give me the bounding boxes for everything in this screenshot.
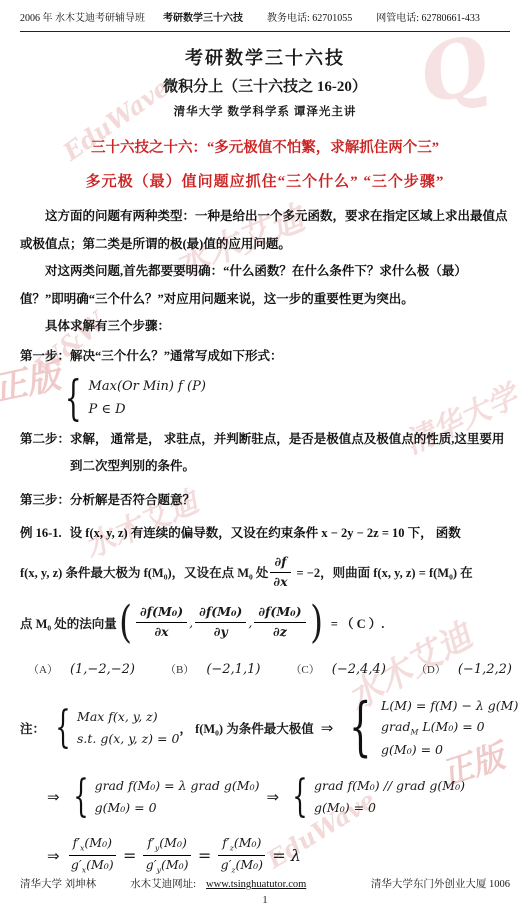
example-line2-post: = −2，则曲面 f(x, y, z) = f(M₀) 在 xyxy=(297,563,473,581)
constraint-line: g(M₀) = 0 xyxy=(95,797,260,819)
grad-equals-line: grad f(M₀) = λ grad g(M₀) xyxy=(95,775,260,797)
step1-formula: { Max(Or Min) f (P) P ∈ D xyxy=(58,376,530,422)
left-brace: { xyxy=(65,377,82,420)
page-subtitle: 微积分上（三十六技之 16-20） xyxy=(0,75,530,96)
footer-address: 清华大学东门外创业大厦 1006 xyxy=(371,876,510,891)
fraction-numerator: ∂f xyxy=(270,554,290,573)
fraction-denominator: g′z(M₀) xyxy=(221,856,264,876)
implies-arrow: ⇒ xyxy=(321,719,334,737)
gradient-fraction-z: ∂f(M₀) ∂z xyxy=(254,604,305,641)
right-paren: ) xyxy=(310,601,323,645)
example-line1-text: 设 f(x, y, z) 有连续的偏导数，又设在约束条件 x − 2y − 2z… xyxy=(70,526,461,540)
option-c: （C） (−2,4,4) xyxy=(290,661,385,677)
max-objective: Max f(x, y, z) xyxy=(77,706,179,728)
paragraph-three-whats: 对这两类问题,首先都要要明确：“什么函数？在什么条件下？求什么极（最）值？”即明… xyxy=(20,258,510,313)
lambda-gradient-system: { grad f(M₀) = λ grad g(M₀) g(M₀) = 0 xyxy=(67,775,260,819)
page-footer: 清华大学 刘坤林 水木艾迪网址: www.tsinghuatutor.com 清… xyxy=(20,876,510,891)
step3-label: 第三步： xyxy=(20,493,70,507)
ratio-fraction-x: f′x(M₀) g′x(M₀) xyxy=(69,835,116,876)
lagrange-system: { L(M) = f(M) − λ g(M) gradM L(M₀) = 0 g… xyxy=(340,695,518,762)
fraction-numerator: ∂f(M₀) xyxy=(195,604,246,623)
step2-line: 第二步：求解， 通常是， 求驻点，并判断驻点，是否是极值点及极值点的性质,这里要… xyxy=(20,426,510,481)
constraint-line: g(M₀) = 0 xyxy=(314,797,465,819)
equals-sign: = xyxy=(123,846,136,865)
left-brace: { xyxy=(73,777,88,817)
grad-parallel-line: grad f(M₀) // grad g(M₀) xyxy=(314,775,465,797)
fraction-numerator: ∂f(M₀) xyxy=(136,604,187,623)
grad-word: grad xyxy=(381,719,410,734)
footer-site-label: 水木艾迪网址: xyxy=(130,876,196,891)
option-label: （C） xyxy=(290,661,319,677)
step1-line: 第一步：解决“三个什么？”通常写成如下形式： xyxy=(20,343,510,371)
partial-fraction: ∂f ∂x xyxy=(270,554,290,591)
page-header: 2006 年 水木艾迪考研辅导班 考研数学三十六技 教务电话: 62701055… xyxy=(0,0,530,24)
option-value: (−2,1,1) xyxy=(206,662,260,677)
header-phone-network: 网管电话: 62780661-433 xyxy=(376,9,480,24)
fraction-denominator: ∂z xyxy=(273,623,287,641)
formula-max-line: Max(Or Min) f (P) xyxy=(89,376,206,399)
fraction-numerator: f′x(M₀) xyxy=(69,835,116,856)
implies-arrow: ⇒ xyxy=(266,788,279,806)
step3-line: 第三步：分析解是否符合题意？ xyxy=(20,487,510,515)
option-a: （A） (1,−2,−2) xyxy=(28,661,135,677)
left-paren: ( xyxy=(119,601,132,645)
gradient-condition-line: gradM L(M₀) = 0 xyxy=(381,716,518,739)
option-d: （D） (−1,2,2) xyxy=(416,661,512,677)
note-row-3: ⇒ f′x(M₀) g′x(M₀) = f′y(M₀) g′y(M₀) = f′… xyxy=(40,835,530,876)
equals-sign: = xyxy=(198,846,211,865)
ratio-fraction-z: f′z(M₀) g′z(M₀) xyxy=(218,835,265,876)
step3-text: 分析解是否符合题意？ xyxy=(70,493,195,507)
option-value: (1,−2,−2) xyxy=(70,662,135,677)
option-value: (−1,2,2) xyxy=(458,662,512,677)
subject-to: s.t. g(x, y, z) = 0 xyxy=(77,728,179,750)
example-line3: 点 M₀ 处的法向量 ( ∂f(M₀) ∂x , ∂f(M₀) ∂y , ∂f(… xyxy=(20,601,530,645)
page-title: 考研数学三十六技 xyxy=(0,44,530,70)
fraction-denominator: g′x(M₀) xyxy=(71,856,114,876)
slogan-line-1: 三十六技之十六：“多元极值不怕繁，求解抓住两个三” xyxy=(0,136,530,157)
option-value: (−2,4,4) xyxy=(332,662,386,677)
step1-text: 解决“三个什么？”通常写成如下形式： xyxy=(70,349,283,363)
header-course-year: 2006 年 水木艾迪考研辅导班 xyxy=(20,9,145,24)
example-line2-pre: f(x, y, z) 条件最大极为 f(M₀)，又设在点 M₀ 处 xyxy=(20,563,268,581)
gradient-fraction-x: ∂f(M₀) ∂x xyxy=(136,604,187,641)
option-label: （D） xyxy=(416,661,446,677)
left-brace: { xyxy=(55,708,70,748)
document-page: EduWave 水木艾迪 Q W&W 清华大学 正版 水木艾迪 EduWave … xyxy=(0,0,530,908)
fraction-numerator: f′y(M₀) xyxy=(143,835,190,856)
left-brace: { xyxy=(292,777,307,817)
example-label: 例 16-1. xyxy=(20,526,62,540)
step2-text: 求解， 通常是， 求驻点，并判断驻点，是否是极值点及极值点的性质,这里要用到二次… xyxy=(70,432,504,474)
example-line3-pre: 点 M₀ 处的法向量 xyxy=(20,614,117,632)
fraction-numerator: ∂f(M₀) xyxy=(254,604,305,623)
fraction-denominator: g′y(M₀) xyxy=(146,856,189,876)
fraction-denominator: ∂x xyxy=(273,573,287,591)
brace-group: { Max(Or Min) f (P) P ∈ D xyxy=(58,376,206,422)
equals-sign: = xyxy=(272,846,285,865)
page-number: 1 xyxy=(0,895,530,906)
lecturer-line: 清华大学 数学科学系 谭泽光主讲 xyxy=(0,103,530,119)
options-row: （A） (1,−2,−2) （B） (−2,1,1) （C） (−2,4,4) … xyxy=(28,661,510,677)
lagrangian-line: L(M) = f(M) − λ g(M) xyxy=(381,695,518,717)
left-brace: { xyxy=(349,699,371,757)
fraction-numerator: f′z(M₀) xyxy=(218,835,265,856)
gradient-fraction-y: ∂f(M₀) ∂y xyxy=(195,604,246,641)
header-phone-admin: 教务电话: 62701055 xyxy=(267,9,352,24)
implies-arrow: ⇒ xyxy=(47,788,60,806)
paragraph-types: 这方面的问题有两种类型：一种是给出一个多元函数，要求在指定区域上求出最值点或极值… xyxy=(20,203,510,258)
implies-arrow: ⇒ xyxy=(47,847,60,865)
comma-separator: , xyxy=(189,615,193,630)
lambda-symbol: λ xyxy=(291,846,301,865)
note-label: 注： xyxy=(20,719,45,737)
parallel-gradient-system: { grad f(M₀) // grad g(M₀) g(M₀) = 0 xyxy=(286,775,465,819)
constraint-system: { Max f(x, y, z) s.t. g(x, y, z) = 0 xyxy=(49,706,179,750)
footer-author: 清华大学 刘坤林 xyxy=(20,876,96,891)
paragraph-three-steps: 具体求解有三个步骤： xyxy=(20,313,510,341)
example-line1: 例 16-1.设 f(x, y, z) 有连续的偏导数，又设在约束条件 x − … xyxy=(20,522,510,546)
ratio-fraction-y: f′y(M₀) g′y(M₀) xyxy=(143,835,190,876)
example-line2: f(x, y, z) 条件最大极为 f(M₀)，又设在点 M₀ 处 ∂f ∂x … xyxy=(20,554,530,591)
header-brand: 考研数学三十六技 xyxy=(163,9,243,24)
footer-site-link[interactable]: www.tsinghuatutor.com xyxy=(206,879,306,890)
step2-label: 第二步： xyxy=(20,432,70,446)
header-rule xyxy=(20,31,510,32)
slogan-line-2: 多元极（最）值问题应抓住“三个什么” “三个步骤” xyxy=(0,170,530,191)
note-row-1: 注： { Max f(x, y, z) s.t. g(x, y, z) = 0 … xyxy=(20,695,530,762)
step1-label: 第一步： xyxy=(20,349,70,363)
formula-domain-line: P ∈ D xyxy=(89,399,206,422)
option-label: （A） xyxy=(28,661,58,677)
note-mid-text: ， f(M₀) 为条件最大极值 xyxy=(179,719,313,737)
constraint-line: g(M₀) = 0 xyxy=(381,739,518,761)
option-label: （B） xyxy=(165,661,194,677)
note-row-2: ⇒ { grad f(M₀) = λ grad g(M₀) g(M₀) = 0 … xyxy=(40,775,530,819)
fraction-denominator: ∂x xyxy=(155,623,169,641)
comma-separator: , xyxy=(248,615,252,630)
grad-rest: L(M₀) = 0 xyxy=(418,719,484,734)
example-answer: = （ C ）. xyxy=(331,614,385,632)
fraction-denominator: ∂y xyxy=(214,623,228,641)
option-b: （B） (−2,1,1) xyxy=(165,661,260,677)
